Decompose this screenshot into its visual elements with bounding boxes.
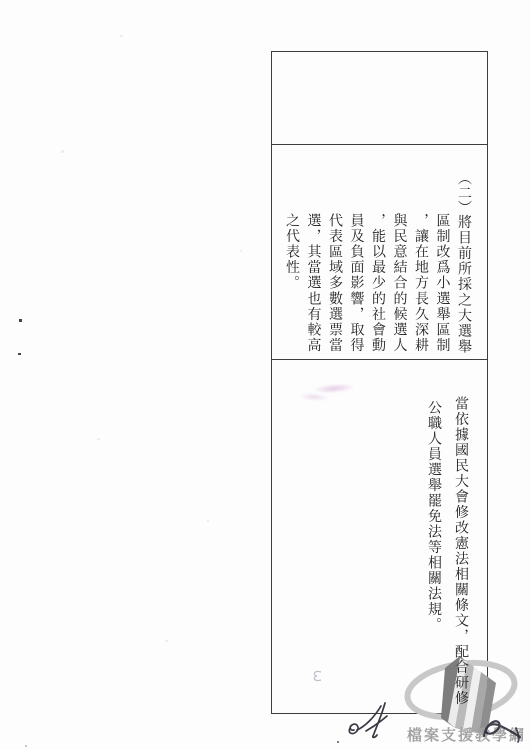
- text-column-2: 公職人員選舉罷免法等相關法規。: [420, 396, 447, 706]
- vertical-text-item-3: 當依據國民大會修改憲法相關條文，配合研修 公職人員選舉罷免法等相關法規。: [420, 360, 487, 706]
- scan-speck: [165, 640, 168, 642]
- handwritten-signature-mark: [344, 698, 404, 740]
- text-run: 將目前所採之大選舉: [456, 215, 471, 355]
- text-column-7: 代表區域多數選票當: [324, 171, 346, 355]
- text-column-1: 當依據國民大會修改憲法相關條文，配合研修: [447, 396, 474, 706]
- scan-speck: [337, 741, 339, 743]
- scan-speck: [19, 319, 22, 322]
- text-column-4: 與民意結合的候選人: [388, 171, 410, 355]
- scanned-document-page: （二）將目前所採之大選舉 區制改爲小選舉區制 ，讓在地方長久深耕 與民意結合的候…: [0, 0, 531, 750]
- scan-speck: [207, 520, 209, 522]
- scan-speck: [97, 438, 100, 440]
- pen-flourish-mark: [476, 716, 526, 746]
- document-grid-box: （二）將目前所採之大選舉 區制改爲小選舉區制 ，讓在地方長久深耕 與民意結合的候…: [271, 51, 488, 714]
- scan-speck: [18, 353, 21, 355]
- vertical-text-item-2: （二）將目前所採之大選舉 區制改爲小選舉區制 ，讓在地方長久深耕 與民意結合的候…: [281, 145, 488, 355]
- faint-pen-artifact: [311, 669, 325, 683]
- text-column-9: 之代表性。: [281, 171, 303, 355]
- grid-cell-item-3: 當依據國民大會修改憲法相關條文，配合研修 公職人員選舉罷免法等相關法規。: [272, 360, 487, 713]
- text-column-1: （二）將目前所採之大選舉: [453, 171, 475, 355]
- text-column-6: 員及負面影響，取得: [345, 171, 367, 355]
- scan-speck: [61, 150, 64, 153]
- scan-speck: [120, 35, 123, 37]
- text-column-2: 區制改爲小選舉區制: [431, 171, 453, 355]
- grid-cell-empty: [272, 52, 487, 145]
- list-item-marker: （二）: [456, 171, 471, 215]
- text-column-3: ，讓在地方長久深耕: [410, 171, 432, 355]
- text-column-5: ，能以最少的社會動: [367, 171, 389, 355]
- text-column-8: 選，其當選也有較高: [302, 171, 324, 355]
- scan-speck: [240, 250, 242, 252]
- grid-cell-item-2: （二）將目前所採之大選舉 區制改爲小選舉區制 ，讓在地方長久深耕 與民意結合的候…: [272, 145, 487, 360]
- scan-speck: [25, 745, 27, 747]
